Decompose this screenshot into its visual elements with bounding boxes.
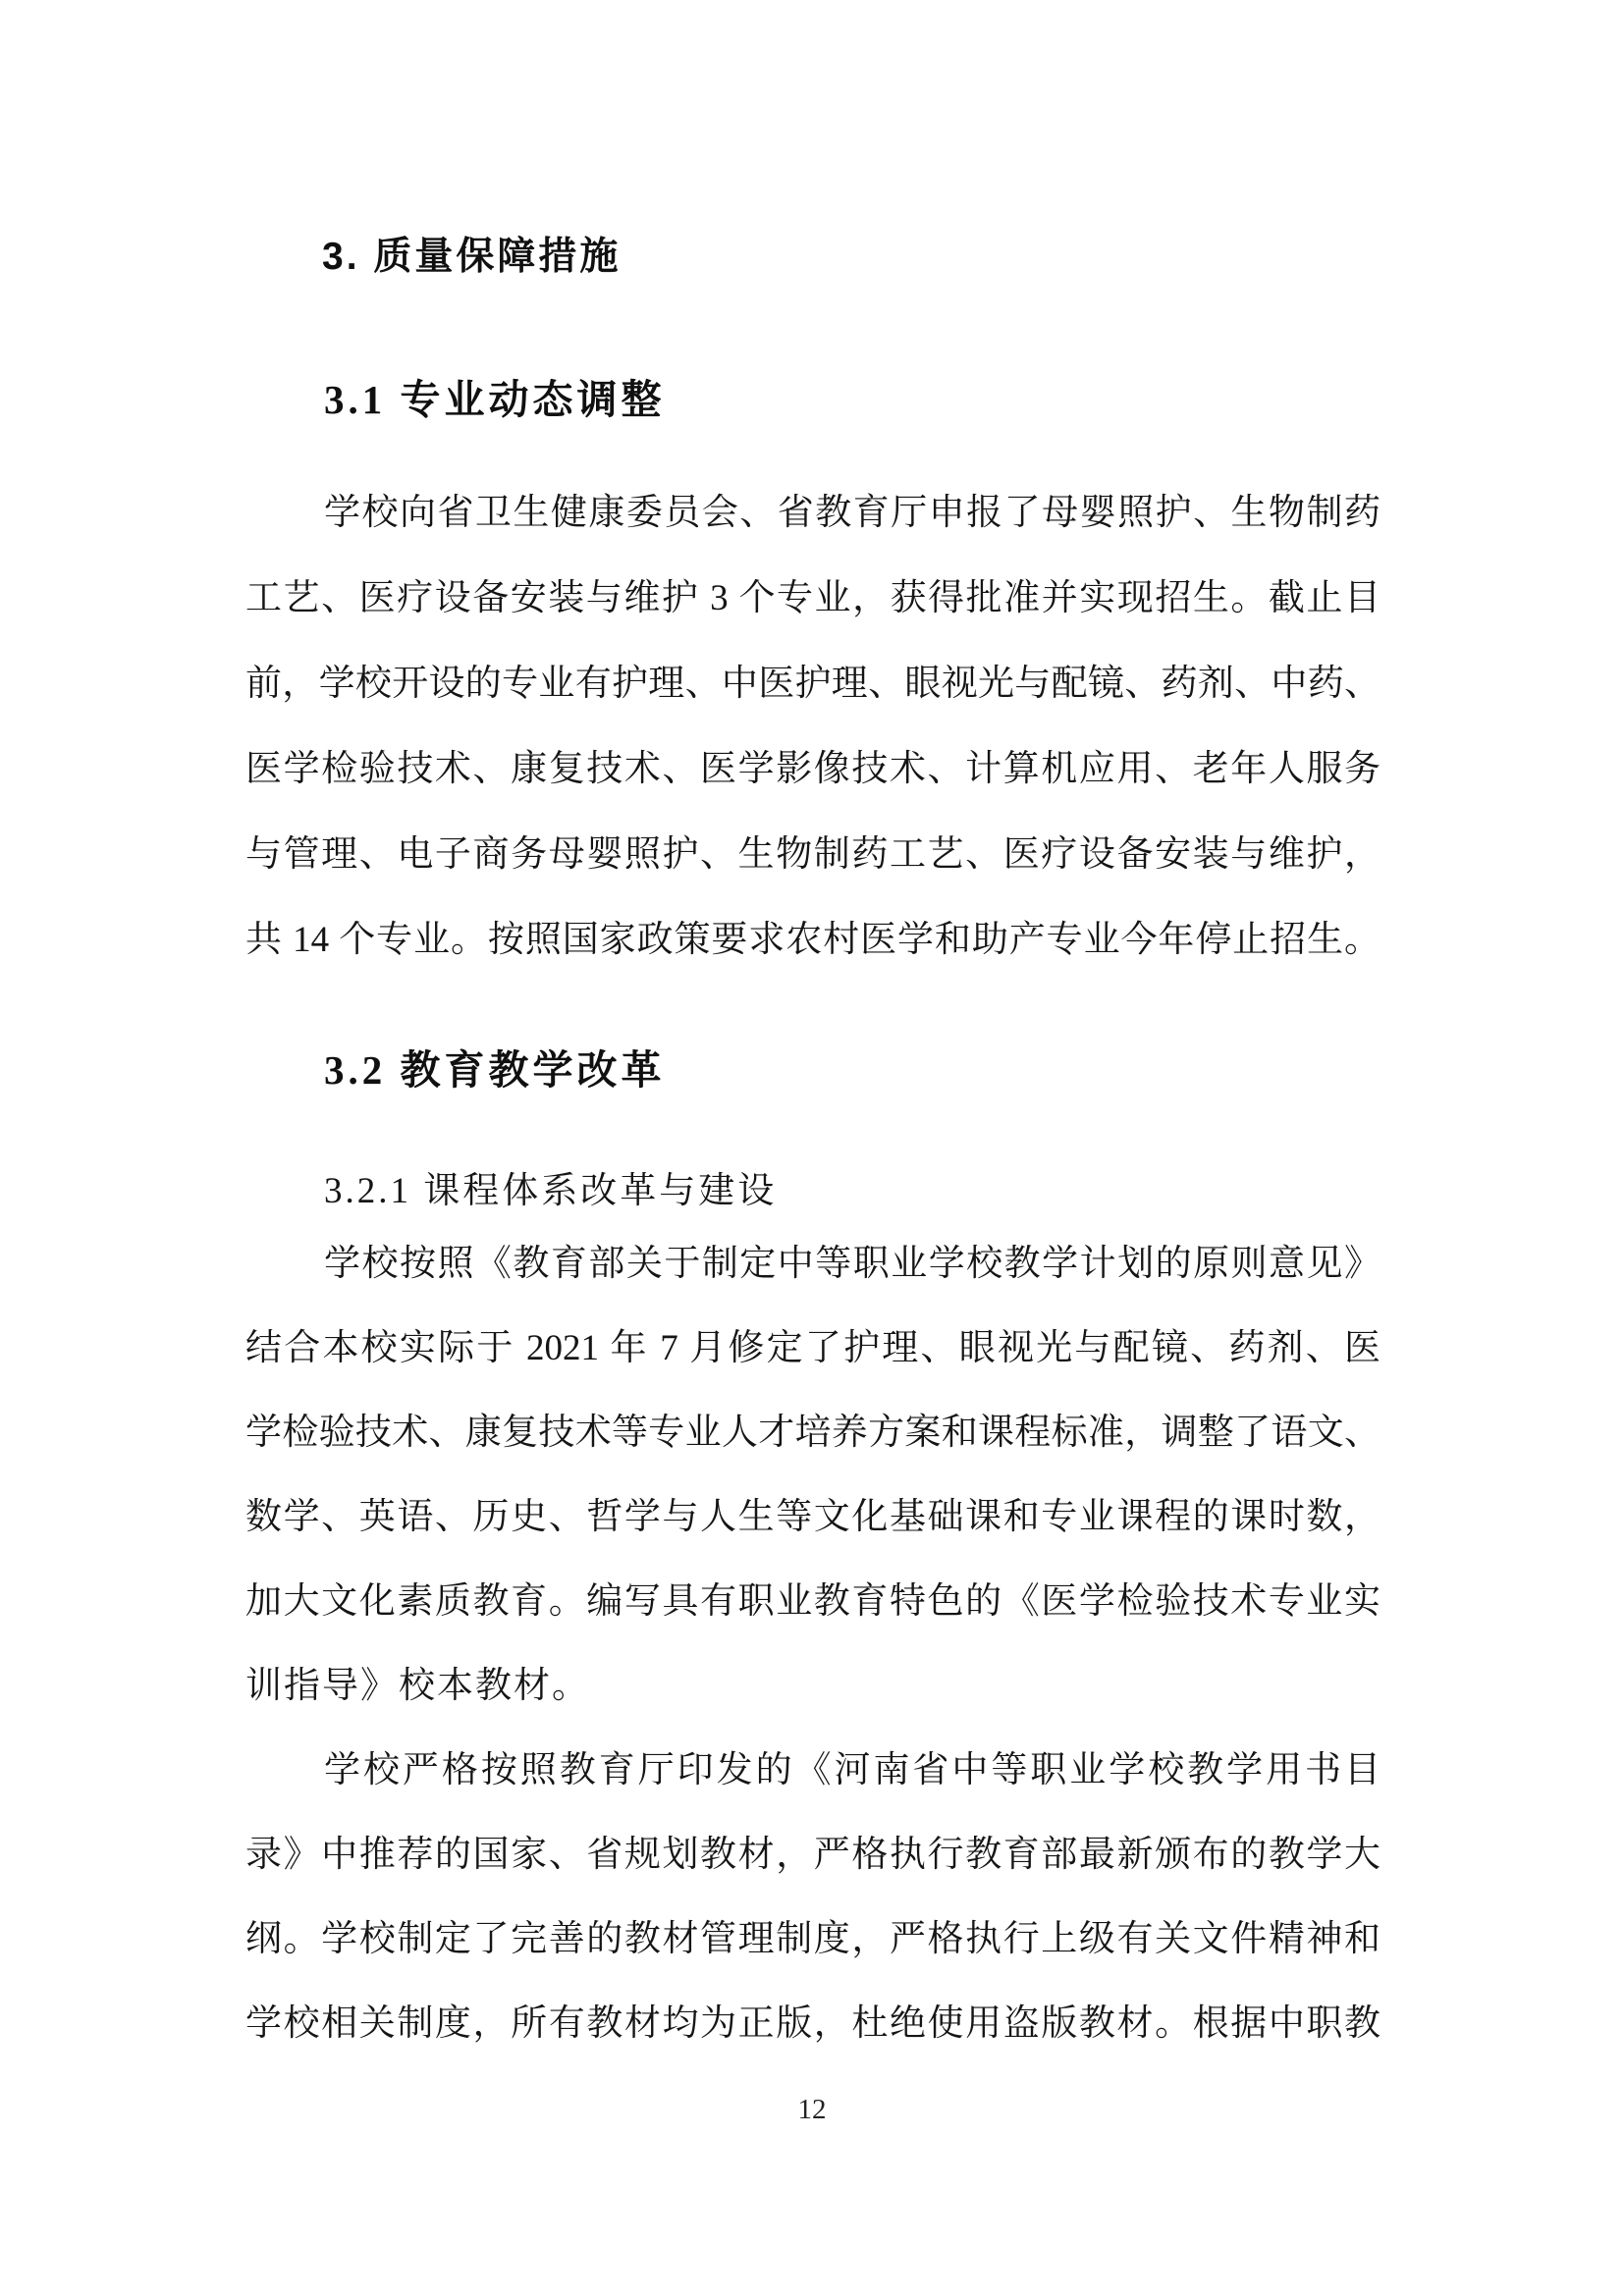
paragraph-line: 前，学校开设的专业有护理、中医护理、眼视光与配镜、药剂、中药、 <box>245 662 1380 707</box>
subsection-heading-major-dynamic-adjustment: 3.1 专业动态调整 <box>324 367 666 425</box>
section-heading-quality-assurance: 3. 质量保障措施 <box>322 226 621 281</box>
paragraph-line: 工艺、医疗设备安装与维护 3 个专业，获得批准并实现招生。截止目 <box>245 576 1380 621</box>
document-page: 3. 质量保障措施 3.1 专业动态调整 学校向省卫生健康委员会、省教育厅申报了… <box>0 0 1624 2296</box>
paragraph-line: 医学检验技术、康复技术、医学影像技术、计算机应用、老年人服务 <box>245 747 1380 792</box>
paragraph-line: 纲。学校制定了完善的教材管理制度，严格执行上级有关文件精神和 <box>245 1917 1380 1962</box>
paragraph-line: 结合本校实际于 2021 年 7 月修定了护理、眼视光与配镜、药剂、医 <box>245 1326 1380 1371</box>
paragraph-line: 加大文化素质教育。编写具有职业教育特色的《医学检验技术专业实 <box>245 1579 1380 1625</box>
paragraph-line: 共 14 个专业。按照国家政策要求农村医学和助产专业今年停止招生。 <box>245 918 1380 963</box>
page-number: 12 <box>0 2094 1624 2126</box>
paragraph-line: 录》中推荐的国家、省规划教材，严格执行教育部最新颁布的教学大 <box>245 1833 1380 1878</box>
paragraph-line: 学校相关制度，所有教材均为正版，杜绝使用盗版教材。根据中职教 <box>245 2002 1380 2047</box>
paragraph-line: 与管理、电子商务母婴照护、生物制药工艺、医疗设备安装与维护， <box>245 832 1380 878</box>
subsubsection-heading-curriculum-system-reform: 3.2.1 课程体系改革与建设 <box>324 1160 777 1213</box>
paragraph-line: 学检验技术、康复技术等专业人才培养方案和课程标准，调整了语文、 <box>245 1411 1380 1456</box>
subsection-heading-education-teaching-reform: 3.2 教育教学改革 <box>324 1038 666 1095</box>
paragraph-line: 学校严格按照教育厅印发的《河南省中等职业学校教学用书目 <box>245 1748 1380 1793</box>
paragraph-line: 学校向省卫生健康委员会、省教育厅申报了母婴照护、生物制药 <box>245 491 1380 536</box>
paragraph-line: 训指导》校本教材。 <box>245 1664 1380 1709</box>
paragraph-line: 数学、英语、历史、哲学与人生等文化基础课和专业课程的课时数， <box>245 1495 1380 1540</box>
paragraph-line: 学校按照《教育部关于制定中等职业学校教学计划的原则意见》 <box>245 1242 1380 1287</box>
